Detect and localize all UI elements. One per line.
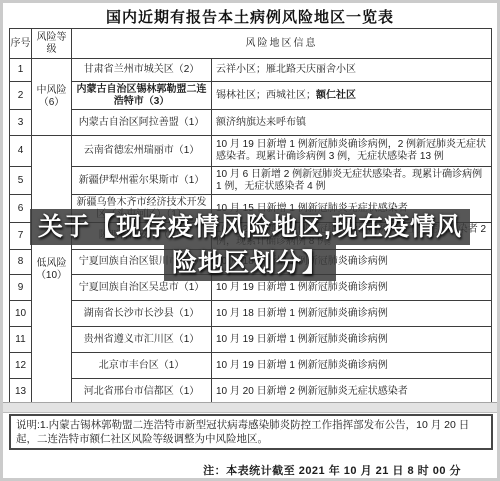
row-number: 12 [10, 353, 32, 379]
table-row: 3 内蒙古自治区阿拉善盟（1） 额济纳旗达来呼布镇 [10, 110, 492, 136]
info-cell: 云祥小区；雁北路天庆丽舍小区 [212, 59, 492, 82]
region-cell: 新疆乌鲁木齐市经济技术开发区（头屯河区）（1） [72, 195, 212, 223]
info-cell: 10 月 19 日新增 1 例新冠肺炎确诊病例 [212, 353, 492, 379]
region-cell: 甘肃省兰州市城关区（2） [72, 59, 212, 82]
table-row: 11 贵州省遵义市汇川区（1） 10 月 19 日新增 1 例新冠肺炎确诊病例 [10, 327, 492, 353]
header-level: 风险等级 [32, 29, 72, 59]
table-row: 5 新疆伊犁州霍尔果斯市（1） 10 月 6 日新增 2 例新冠肺炎无症状感染者… [10, 167, 492, 195]
region-cell: 北京市丰台区（1） [72, 353, 212, 379]
risk-group-label: 中风险 [32, 85, 71, 97]
table-row: 7 陕西省西安市（1） 10 月 20 日新增 2 例新冠肺炎确诊病例、本土无症… [10, 223, 492, 250]
row-number: 3 [10, 110, 32, 136]
risk-group-count: （6） [32, 97, 71, 109]
info-cell: 锡林社区；西城社区；额仁社区 [212, 82, 492, 110]
info-cell: 10 月 20 日新增 2 例新冠肺炎确诊病例、本土无症状感染者 2 例，现累计… [212, 223, 492, 250]
table-header-row: 序号 风险等级 风险地区信息 [10, 29, 492, 59]
region-cell: 宁夏回族自治区银川市（1） [72, 250, 212, 275]
row-number: 13 [10, 379, 32, 405]
region-cell: 内蒙古自治区阿拉善盟（1） [72, 110, 212, 136]
row-number: 6 [10, 195, 32, 223]
risk-group-label: 低风险 [32, 258, 71, 270]
risk-group-count: （10） [32, 270, 71, 282]
info-cell: 10 月 18 日新增 1 例新冠肺炎确诊病例 [212, 250, 492, 275]
row-number: 5 [10, 167, 32, 195]
table-row: 8 宁夏回族自治区银川市（1） 10 月 18 日新增 1 例新冠肺炎确诊病例 [10, 250, 492, 275]
region-cell: 贵州省遵义市汇川区（1） [72, 327, 212, 353]
table-row: 6 新疆乌鲁木齐市经济技术开发区（头屯河区）（1） 10 月 15 日新增 1 … [10, 195, 492, 223]
info-text-bold: 额仁社区 [316, 90, 356, 101]
info-cell: 额济纳旗达来呼布镇 [212, 110, 492, 136]
row-number: 11 [10, 327, 32, 353]
region-cell: 新疆伊犁州霍尔果斯市（1） [72, 167, 212, 195]
table-row: 13 河北省邢台市信都区（1） 10 月 20 日新增 2 例新冠肺炎无症状感染… [10, 379, 492, 405]
region-cell: 陕西省西安市（1） [72, 223, 212, 250]
page-title: 国内近期有报告本土病例风险地区一览表 [3, 6, 497, 27]
region-cell: 宁夏回族自治区吴忠市（1） [72, 275, 212, 301]
row-number: 10 [10, 301, 32, 327]
risk-group-low: 低风险 （10） [32, 136, 72, 405]
table-row: 2 内蒙古自治区锡林郭勒盟二连浩特市（3） 锡林社区；西城社区；额仁社区 [10, 82, 492, 110]
info-cell: 10 月 19 日新增 1 例新冠肺炎确诊病例，2 例新冠肺炎无症状感染者。现累… [212, 136, 492, 167]
header-num: 序号 [10, 29, 32, 59]
region-cell: 河北省邢台市信都区（1） [72, 379, 212, 405]
risk-area-table: 序号 风险等级 风险地区信息 1 中风险 （6） 甘肃省兰州市城关区（2） 云祥… [9, 28, 492, 405]
row-number: 1 [10, 59, 32, 82]
row-number: 7 [10, 223, 32, 250]
info-cell: 10 月 20 日新增 2 例新冠肺炎无症状感染者 [212, 379, 492, 405]
statistics-cutoff-note: 注：本表统计截至 2021 年 10 月 21 日 8 时 00 分 [203, 462, 461, 478]
explanation-note-box: 说明:1.内蒙古锡林郭勒盟二连浩特市新型冠状病毒感染肺炎防控工作指挥部发布公告，… [9, 414, 493, 450]
risk-group-mid: 中风险 （6） [32, 59, 72, 136]
info-cell: 10 月 15 日新增 1 例新冠肺炎无症状感染者 [212, 195, 492, 223]
row-number: 2 [10, 82, 32, 110]
table-row: 9 宁夏回族自治区吴忠市（1） 10 月 19 日新增 1 例新冠肺炎确诊病例 [10, 275, 492, 301]
info-cell: 10 月 19 日新增 1 例新冠肺炎确诊病例 [212, 275, 492, 301]
row-number: 4 [10, 136, 32, 167]
region-cell: 云南省德宏州瑞丽市（1） [72, 136, 212, 167]
info-text: 锡林社区；西城社区； [216, 90, 316, 101]
info-cell: 10 月 6 日新增 2 例新冠肺炎无症状感染者。现累计确诊病例 1 例，无症状… [212, 167, 492, 195]
row-number: 8 [10, 250, 32, 275]
table-row: 1 中风险 （6） 甘肃省兰州市城关区（2） 云祥小区；雁北路天庆丽舍小区 [10, 59, 492, 82]
table-bottom-strip [3, 402, 497, 413]
table-row: 10 湖南省长沙市长沙县（1） 10 月 18 日新增 1 例新冠肺炎确诊病例 [10, 301, 492, 327]
header-info: 风险地区信息 [72, 29, 492, 59]
table-row: 4 低风险 （10） 云南省德宏州瑞丽市（1） 10 月 19 日新增 1 例新… [10, 136, 492, 167]
table-row: 12 北京市丰台区（1） 10 月 19 日新增 1 例新冠肺炎确诊病例 [10, 353, 492, 379]
risk-area-report-page: 国内近期有报告本土病例风险地区一览表 序号 风险等级 风险地区信息 1 中风险 … [0, 0, 500, 481]
region-cell: 湖南省长沙市长沙县（1） [72, 301, 212, 327]
info-cell: 10 月 18 日新增 1 例新冠肺炎确诊病例 [212, 301, 492, 327]
region-cell: 内蒙古自治区锡林郭勒盟二连浩特市（3） [72, 82, 212, 110]
row-number: 9 [10, 275, 32, 301]
info-cell: 10 月 19 日新增 1 例新冠肺炎确诊病例 [212, 327, 492, 353]
